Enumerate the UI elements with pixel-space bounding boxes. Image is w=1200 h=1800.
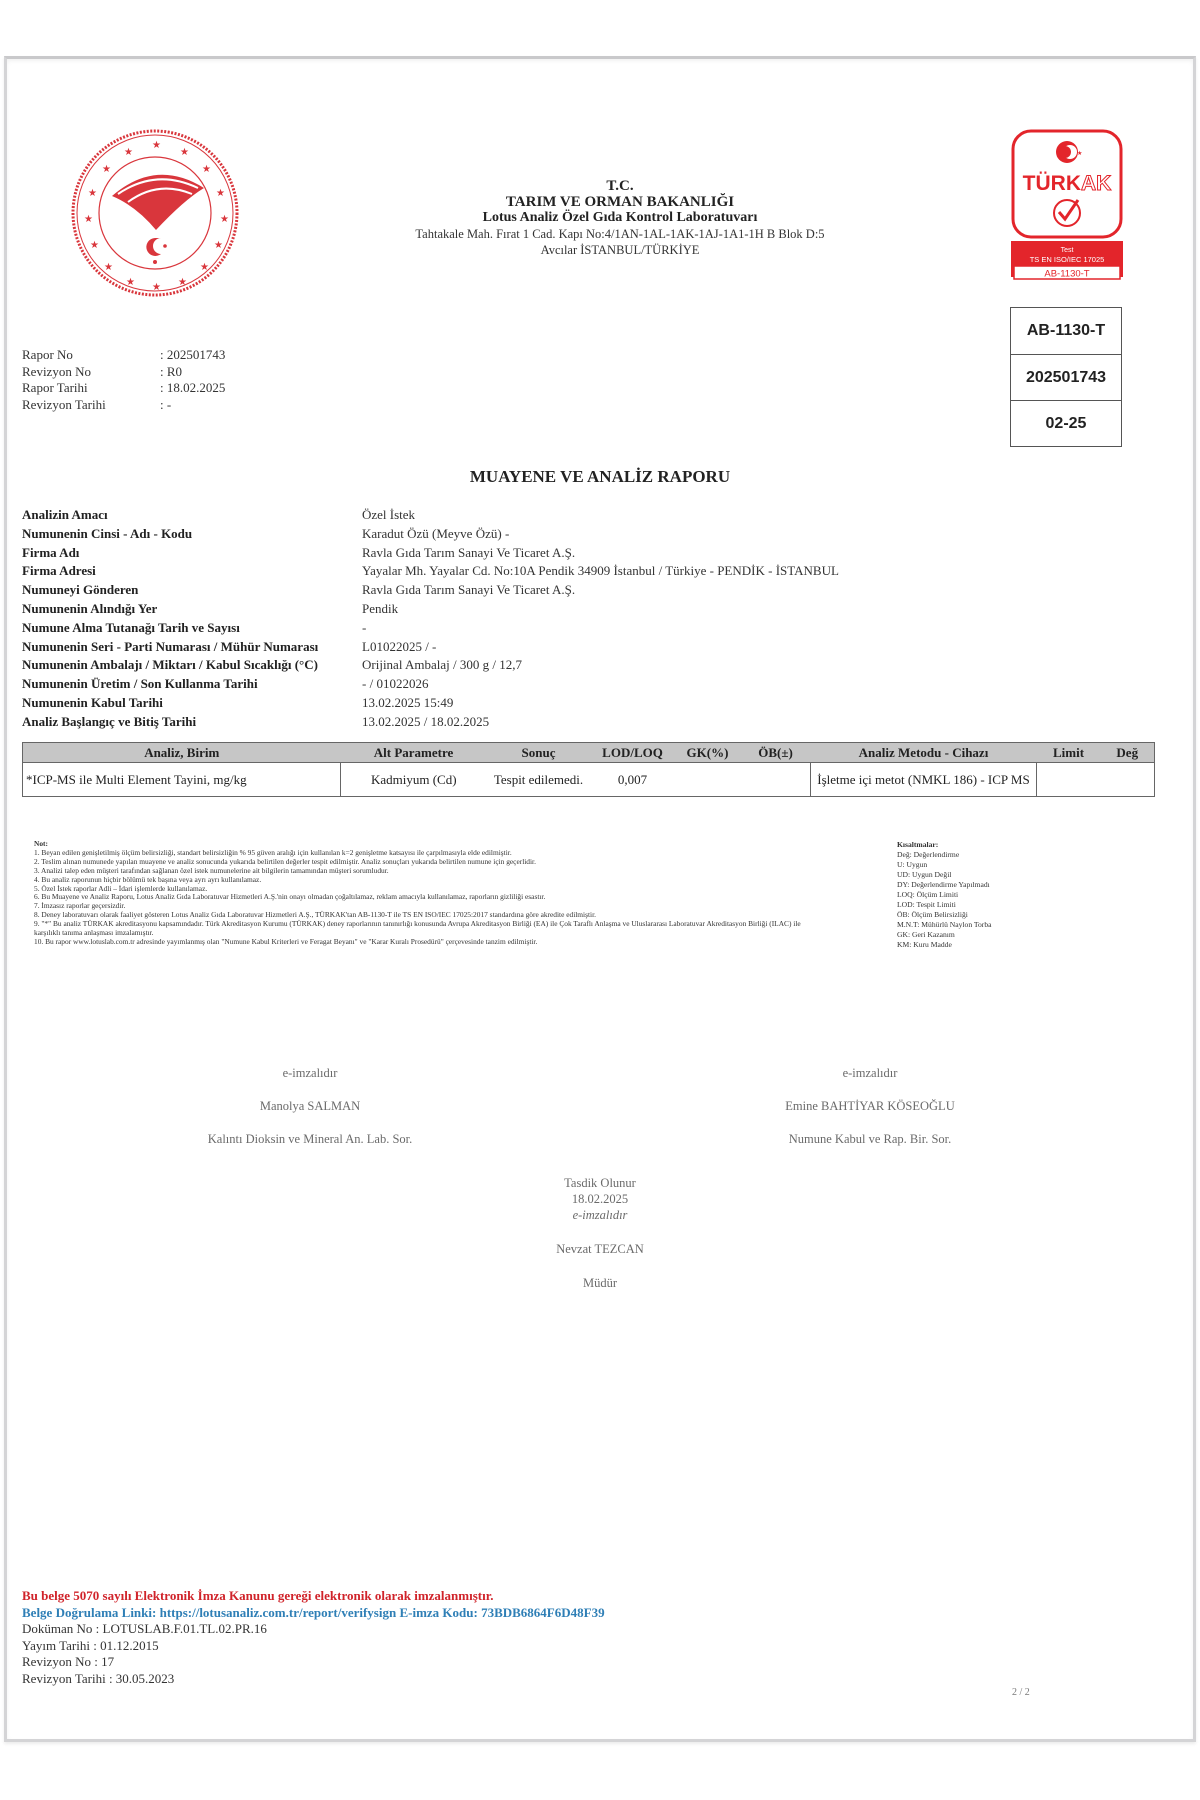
svg-text:★: ★ [178,277,187,288]
meta-row: Rapor Tarihi: 18.02.2025 [22,380,225,397]
col-result: Sonuç [487,743,591,763]
signature-right: e-imzalıdır Emine BAHTİYAR KÖSEOĞLU Numu… [700,1066,1040,1165]
signature-status: e-imzalıdır [700,1066,1040,1099]
field-value: - [362,619,366,638]
cell-analysis: *ICP-MS ile Multi Element Tayini, mg/kg [23,763,341,797]
svg-text:★: ★ [152,140,161,151]
info-row: Numuneyi GönderenRavla Gıda Tarım Sanayi… [22,581,839,600]
info-row: Numunenin Cinsi - Adı - KoduKaradut Özü … [22,525,839,544]
svg-text:★: ★ [180,147,189,158]
col-gk: GK(%) [675,743,741,763]
svg-text:★: ★ [1077,150,1082,157]
signer-role: Müdür [420,1275,780,1291]
col-ob: ÖB(±) [741,743,811,763]
note-item: 9. "*" Bu analiz TÜRKAK akreditasyonu ka… [34,920,814,938]
abbreviation-item: LOQ: Ölçüm Limiti [897,890,1097,900]
col-analysis: Analiz, Birim [23,743,341,763]
table-row: *ICP-MS ile Multi Element Tayini, mg/kg … [23,763,1155,797]
svg-text:★: ★ [84,214,93,225]
svg-text:★: ★ [126,277,135,288]
info-row: Analizin AmacıÖzel İstek [22,506,839,525]
lab-header: T.C. TARIM VE ORMAN BAKANLIĞI Lotus Anal… [360,178,880,258]
approval-date: 18.02.2025 [420,1191,780,1207]
lab-name: Lotus Analiz Özel Gıda Kontrol Laboratuv… [360,210,880,226]
abbreviation-item: M.N.T: Mühürlü Naylon Torba [897,920,1097,930]
e-signature-legal-notice: Bu belge 5070 sayılı Elektronik İmza Kan… [22,1588,605,1605]
field-label: Numunenin Alındığı Yer [22,600,362,619]
abbreviation-item: UD: Uygun Değil [897,870,1097,880]
info-row: Numunenin Ambalajı / Miktarı / Kabul Sıc… [22,656,839,675]
report-title: MUAYENE VE ANALİZ RAPORU [0,467,1200,487]
lab-address-line-2: Avcılar İSTANBUL/TÜRKİYE [360,242,880,258]
field-label: Firma Adı [22,544,362,563]
signer-name: Nevzat TEZCAN [420,1241,780,1257]
abbreviation-item: LOD: Tespit Limiti [897,900,1097,910]
info-row: Firma AdıRavla Gıda Tarım Sanayi Ve Tica… [22,544,839,563]
field-value: Orijinal Ambalaj / 300 g / 12,7 [362,656,522,675]
col-sub-parameter: Alt Parametre [341,743,487,763]
document-number: Doküman No : LOTUSLAB.F.01.TL.02.PR.16 [22,1621,605,1638]
field-value: 13.02.2025 / 18.02.2025 [362,713,489,732]
ministry-seal-icon: ★★★ ★★ ★★ ★★ ★★ ★★ ★★★ [66,128,244,298]
info-row: Numunenin Alındığı YerPendik [22,600,839,619]
svg-text:★: ★ [202,164,211,175]
field-value: Özel İstek [362,506,415,525]
abbreviation-item: GK: Geri Kazanım [897,930,1097,940]
abbreviation-item: ÖB: Ölçüm Belirsizliği [897,910,1097,920]
field-value: - / 01022026 [362,675,428,694]
accreditation-number: AB-1130-T [1011,308,1121,354]
cell-lod-loq: 0,007 [591,763,675,797]
info-row: Numunenin Seri - Parti Numarası / Mühür … [22,638,839,657]
field-value: 13.02.2025 15:49 [362,694,453,713]
abbreviations-section: Kısaltmalar: Değ: DeğerlendirmeU: UygunU… [897,840,1097,950]
meta-row: Revizyon No: R0 [22,364,225,381]
svg-text:★: ★ [102,164,111,175]
field-value: Pendik [362,600,398,619]
field-label: Firma Adresi [22,562,362,581]
svg-text:TS EN ISO/IEC 17025: TS EN ISO/IEC 17025 [1030,255,1105,264]
field-label: Numunenin Üretim / Son Kullanma Tarihi [22,675,362,694]
abbreviation-item: Değ: Değerlendirme [897,850,1097,860]
svg-text:★: ★ [214,240,223,251]
abbreviation-item: KM: Kuru Madde [897,940,1097,950]
meta-row: Rapor No: 202501743 [22,347,225,364]
abbreviations-heading: Kısaltmalar: [897,840,1097,850]
turkak-accreditation-logo: ★ TÜRKAK Test TS EN ISO/IEC 17025 AB-113… [1010,128,1124,290]
signature-center: Tasdik Olunur 18.02.2025 e-imzalıdır Nev… [420,1175,780,1291]
cell-ob [741,763,811,797]
col-method: Analiz Metodu - Cihazı [811,743,1037,763]
lab-address-line-1: Tahtakale Mah. Fırat 1 Cad. Kapı No:4/1A… [360,226,880,242]
svg-text:★: ★ [200,262,209,273]
svg-text:★: ★ [90,240,99,251]
col-limit: Limit [1037,743,1101,763]
abbreviation-item: U: Uygun [897,860,1097,870]
approval-label: Tasdik Olunur [420,1175,780,1191]
field-label: Numunenin Kabul Tarihi [22,694,362,713]
sample-info: Analizin AmacıÖzel İstekNumunenin Cinsi … [22,506,839,732]
field-value: Karadut Özü (Meyve Özü) - [362,525,509,544]
field-label: Numunenin Ambalajı / Miktarı / Kabul Sıc… [22,656,362,675]
revision-number: Revizyon No : 17 [22,1654,605,1671]
svg-text:AB-1130-T: AB-1130-T [1044,269,1089,280]
signer-name: Emine BAHTİYAR KÖSEOĞLU [700,1099,1040,1132]
cell-evaluation [1101,763,1155,797]
col-evaluation: Değ [1101,743,1155,763]
svg-text:TÜRKAK: TÜRKAK [1023,172,1112,195]
field-label: Analizin Amacı [22,506,362,525]
period-box: 02-25 [1011,400,1121,446]
field-value: L01022025 / - [362,638,436,657]
svg-text:★: ★ [124,147,133,158]
page-number: 2 / 2 [1012,1687,1030,1698]
info-row: Numunenin Üretim / Son Kullanma Tarihi- … [22,675,839,694]
report-meta: Rapor No: 202501743 Revizyon No: R0 Rapo… [22,347,225,413]
svg-text:★: ★ [152,282,161,293]
col-lod-loq: LOD/LOQ [591,743,675,763]
signer-role: Numune Kabul ve Rap. Bir. Sor. [700,1132,1040,1165]
header-line-1: T.C. [360,178,880,194]
field-label: Numuneyi Gönderen [22,581,362,600]
results-header-row: Analiz, Birim Alt Parametre Sonuç LOD/LO… [23,743,1155,763]
field-label: Numunenin Seri - Parti Numarası / Mühür … [22,638,362,657]
field-value: Ravla Gıda Tarım Sanayi Ve Ticaret A.Ş. [362,581,575,600]
field-value: Ravla Gıda Tarım Sanayi Ve Ticaret A.Ş. [362,544,575,563]
signer-name: Manolya SALMAN [140,1099,480,1132]
field-label: Numune Alma Tutanağı Tarih ve Sayısı [22,619,362,638]
svg-text:★: ★ [88,188,97,199]
info-row: Numune Alma Tutanağı Tarih ve Sayısı- [22,619,839,638]
abbreviation-item: DY: Değerlendirme Yapılmadı [897,880,1097,890]
notes-section: Not: 1. Beyan edilen genişletilmiş ölçüm… [34,840,814,947]
publish-date: Yayım Tarihi : 01.12.2015 [22,1638,605,1655]
svg-text:★: ★ [216,188,225,199]
cell-result: Tespit edilemedi. [487,763,591,797]
report-number-box: 202501743 [1011,354,1121,400]
info-row: Firma AdresiYayalar Mh. Yayalar Cd. No:1… [22,562,839,581]
meta-row: Revizyon Tarihi: - [22,397,225,414]
accreditation-code-box: AB-1130-T 202501743 02-25 [1010,307,1122,447]
note-item: 10. Bu rapor www.lotuslab.com.tr adresin… [34,938,814,947]
verification-link[interactable]: Belge Doğrulama Linki: https://lotusanal… [22,1605,605,1622]
info-row: Numunenin Kabul Tarihi13.02.2025 15:49 [22,694,839,713]
cell-method: İşletme içi metot (NMKL 186) - ICP MS [811,763,1037,797]
signature-status: e-imzalıdır [420,1207,780,1223]
svg-text:★: ★ [104,262,113,273]
signature-status: e-imzalıdır [140,1066,480,1099]
svg-text:★: ★ [220,214,229,225]
cell-gk [675,763,741,797]
signer-role: Kalıntı Dioksin ve Mineral An. Lab. Sor. [140,1132,480,1165]
ministry-name: TARIM VE ORMAN BAKANLIĞI [360,194,880,210]
cell-limit [1037,763,1101,797]
cell-sub-parameter: Kadmiyum (Cd) [341,763,487,797]
info-row: Analiz Başlangıç ve Bitiş Tarihi13.02.20… [22,713,839,732]
field-label: Numunenin Cinsi - Adı - Kodu [22,525,362,544]
results-table: Analiz, Birim Alt Parametre Sonuç LOD/LO… [22,742,1155,797]
field-label: Analiz Başlangıç ve Bitiş Tarihi [22,713,362,732]
signature-left: e-imzalıdır Manolya SALMAN Kalıntı Dioks… [140,1066,480,1165]
field-value: Yayalar Mh. Yayalar Cd. No:10A Pendik 34… [362,562,839,581]
svg-text:Test: Test [1061,247,1074,254]
document-footer: Bu belge 5070 sayılı Elektronik İmza Kan… [22,1588,605,1687]
note-item: 6. Bu Muayene ve Analiz Raporu, Lotus An… [34,893,814,902]
revision-date: Revizyon Tarihi : 30.05.2023 [22,1671,605,1688]
